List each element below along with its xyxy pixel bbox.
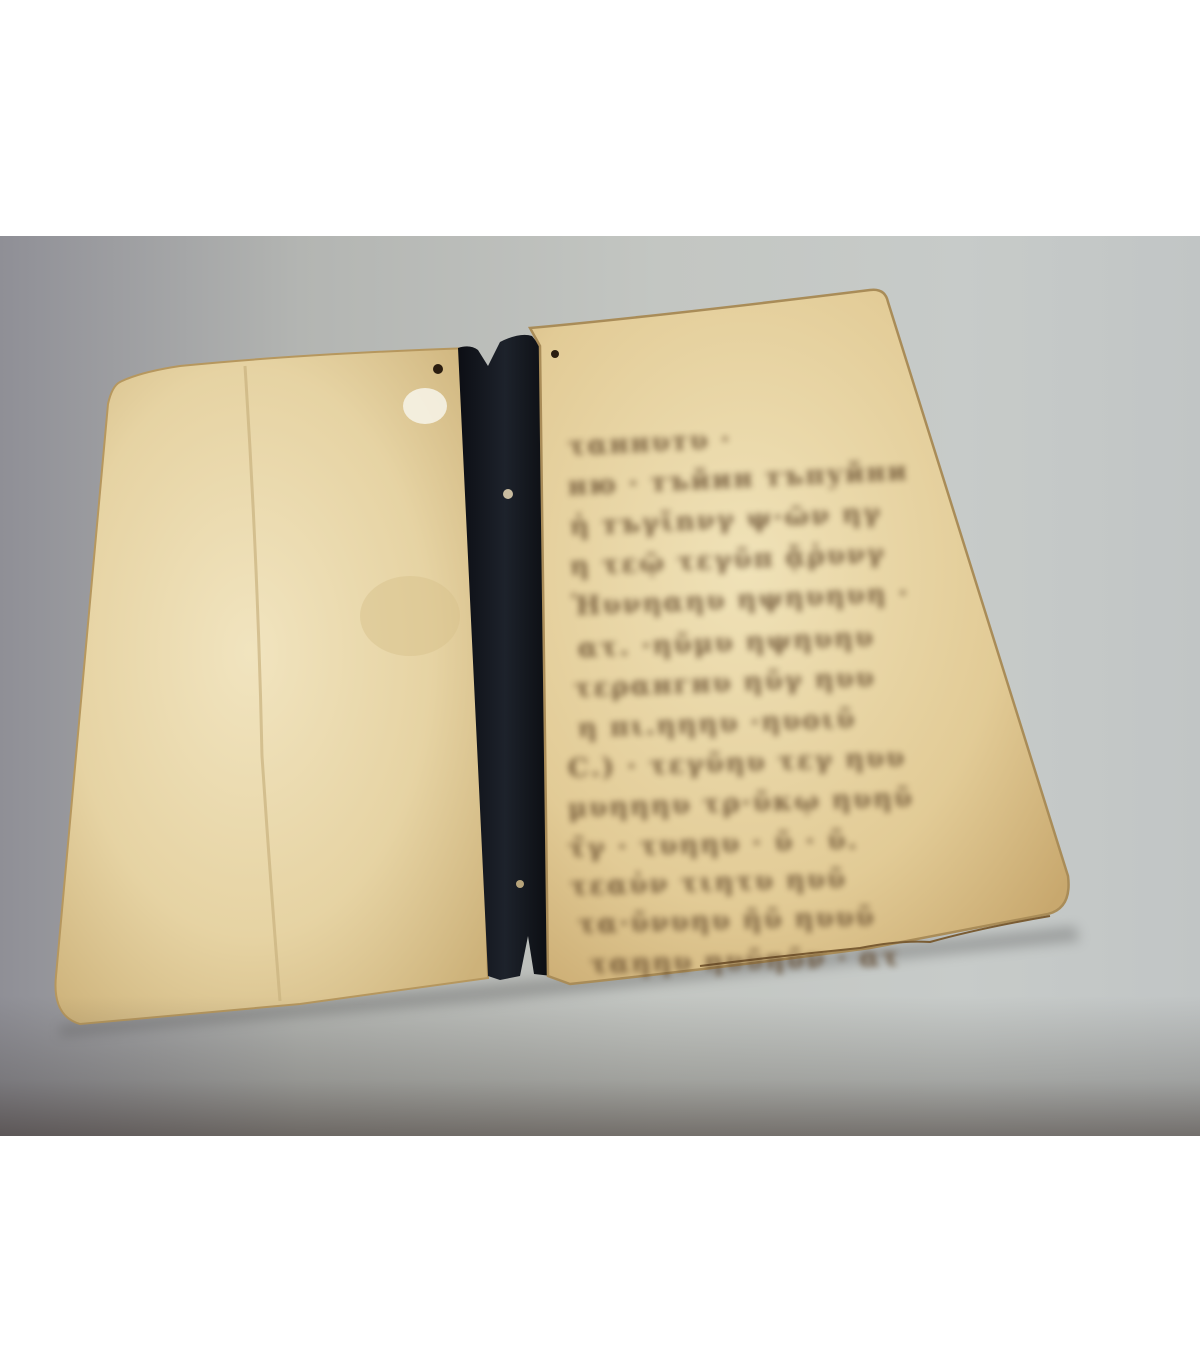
book-illustration (0, 236, 1200, 1136)
right-page (530, 290, 1069, 984)
book-photograph: ταннυтυ · ню · тъйин тъпуйни ἡ тъγῖnνγ ψ… (0, 236, 1200, 1136)
left-page (56, 348, 489, 1024)
